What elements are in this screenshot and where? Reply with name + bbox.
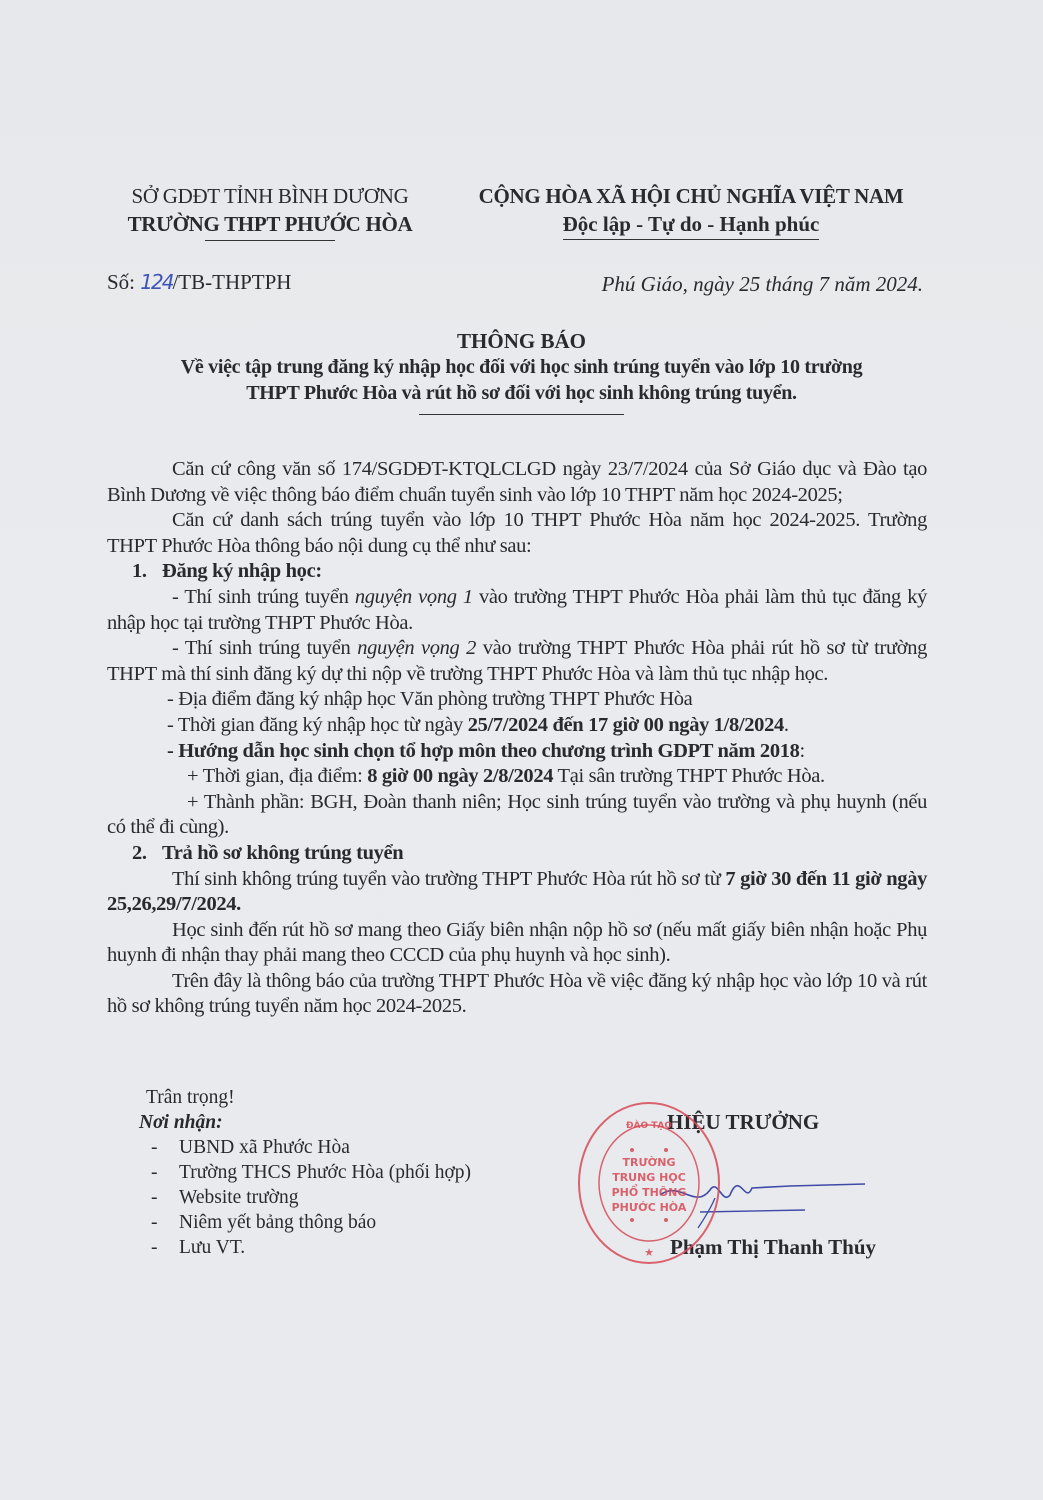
place-date: Phú Giáo, ngày 25 tháng 7 năm 2024. (602, 270, 923, 298)
svg-text:TRUNG HỌC: TRUNG HỌC (612, 1171, 686, 1184)
recipient-item: -Niêm yết bảng thông báo (143, 1210, 471, 1235)
section-1-heading: 1.Đăng ký nhập học: (107, 559, 927, 585)
national-motto: Độc lập - Tự do - Hạnh phúc (563, 210, 820, 240)
svg-text:★: ★ (644, 1246, 654, 1259)
svg-text:PHƯỚC HÒA: PHƯỚC HÒA (612, 1201, 687, 1214)
nv2-paragraph: - Thí sinh trúng tuyển nguyện vọng 2 vào… (107, 636, 927, 687)
recipient-item: -Website trường (143, 1185, 471, 1210)
issuer-header: SỞ GDĐT TỈNH BÌNH DƯƠNG TRƯỜNG THPT PHƯỚ… (105, 182, 435, 241)
title-subtitle-2: THPT Phước Hòa và rút hồ sơ đối với học … (100, 380, 943, 406)
recipients-block: Trân trọng! Nơi nhận: -UBND xã Phước Hòa… (143, 1085, 471, 1260)
svg-text:PHỔ THÔNG: PHỔ THÔNG (612, 1184, 687, 1199)
school-name: TRƯỜNG THPT PHƯỚC HÒA (105, 210, 435, 238)
handwritten-number: 124 (140, 270, 172, 294)
summary-paragraph: Trên đây là thông báo của trường THPT Ph… (107, 969, 927, 1020)
official-stamp-icon: TRƯỜNG TRUNG HỌC PHỔ THÔNG PHƯỚC HÒA ĐÀO… (574, 1098, 724, 1268)
title-underline (419, 414, 624, 415)
recipients-label: Nơi nhận: (139, 1110, 471, 1135)
paragraph-basis-2: Căn cứ danh sách trúng tuyển vào lớp 10 … (107, 508, 927, 559)
title-subtitle-1: Về việc tập trung đăng ký nhập học đối v… (100, 354, 943, 380)
country-name: CỘNG HÒA XÃ HỘI CHỦ NGHĨA VIỆT NAM (445, 182, 937, 210)
section-2-heading: 2.Trả hồ sơ không trúng tuyển (107, 841, 927, 867)
time-item: - Thời gian đăng ký nhập học từ ngày 25/… (107, 713, 927, 739)
department-name: SỞ GDĐT TỈNH BÌNH DƯƠNG (105, 182, 435, 210)
recipient-item: -UBND xã Phước Hòa (143, 1135, 471, 1160)
recipient-item: -Trường THCS Phước Hòa (phối hợp) (143, 1160, 471, 1185)
nv1-paragraph: - Thí sinh trúng tuyển nguyện vọng 1 vào… (107, 585, 927, 636)
guide-item: - Hướng dẫn học sinh chọn tổ hợp môn the… (107, 739, 927, 765)
title-heading: THÔNG BÁO (100, 328, 943, 354)
guide-time-item: + Thời gian, địa điểm: 8 giờ 00 ngày 2/8… (107, 764, 927, 790)
paragraph-basis-1: Căn cứ công văn số 174/SGDĐT-KTQLCLGD ng… (107, 457, 927, 508)
document-body: Căn cứ công văn số 174/SGDĐT-KTQLCLGD ng… (107, 457, 927, 1020)
withdraw-time-paragraph: Thí sinh không trúng tuyển vào trường TH… (107, 867, 927, 918)
withdraw-docs-paragraph: Học sinh đến rút hồ sơ mang theo Giấy bi… (107, 918, 927, 969)
header-underline (205, 240, 335, 241)
svg-text:ĐÀO TẠO: ĐÀO TẠO (626, 1119, 672, 1131)
document-number: Số: 124/TB-THPTPH (107, 268, 291, 296)
svg-text:TRƯỜNG: TRƯỜNG (622, 1156, 675, 1169)
document-page: SỞ GDĐT TỈNH BÌNH DƯƠNG TRƯỜNG THPT PHƯỚ… (0, 0, 1043, 1500)
guide-members-item: + Thành phần: BGH, Đoàn thanh niên; Học … (107, 790, 927, 841)
closing-greeting: Trân trọng! (146, 1085, 471, 1110)
document-title: THÔNG BÁO Về việc tập trung đăng ký nhập… (100, 328, 943, 415)
location-item: - Địa điểm đăng ký nhập học Văn phòng tr… (107, 687, 927, 713)
national-header: CỘNG HÒA XÃ HỘI CHỦ NGHĨA VIỆT NAM Độc l… (445, 182, 937, 240)
recipient-item: -Lưu VT. (143, 1235, 471, 1260)
